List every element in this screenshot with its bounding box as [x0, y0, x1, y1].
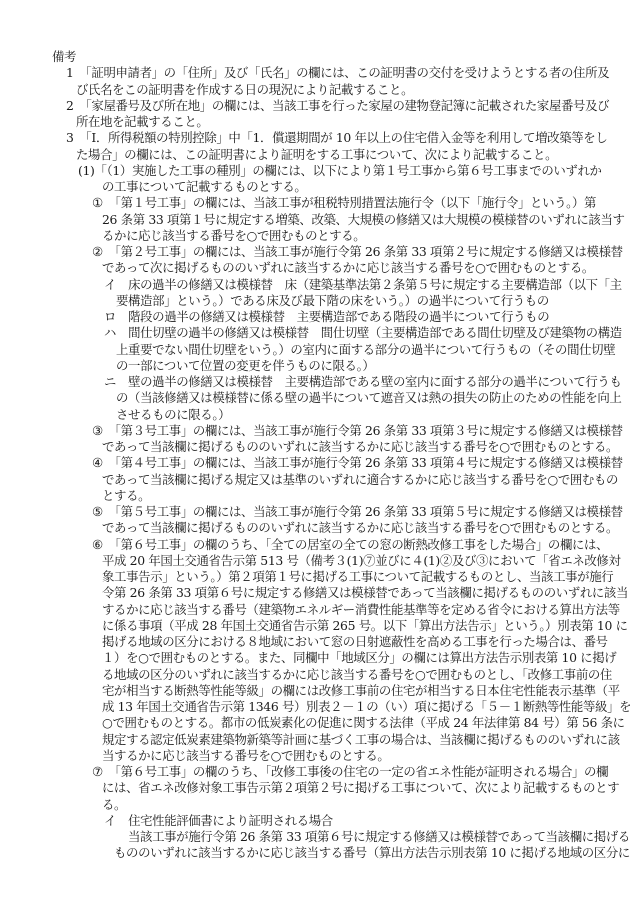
item-marker: ④	[92, 455, 103, 471]
line-text: 「第２号工事」の欄には、当該工事が施行令第 26 条第 33 項第２号に規定する…	[103, 244, 623, 259]
remarks-heading: 備考	[52, 49, 592, 65]
remark-continuation-line: 成 13 年国土交通省告示第 1346 号）別表２－１の（い）項に掲げる「５－１…	[52, 699, 592, 715]
line-text: 要構造部」という。）である床及び最下階の床をいう。）の過半について行うもの	[116, 293, 549, 308]
item-marker: ⑤	[92, 504, 103, 520]
item-marker: ハ	[104, 325, 116, 341]
remark-continuation-line: 令第 26 条第 33 項第６号に規定する修繕又は模様替であって当該欄に掲げるも…	[52, 585, 592, 601]
line-text: る地域の区分のいずれに該当するかに応じ該当する番号を○で囲むものとし、「改修工事…	[102, 667, 612, 682]
line-text: 「第３号工事」の欄には、当該工事が施行令第 26 条第 33 項第３号に規定する…	[103, 423, 623, 438]
item-marker: 1	[66, 65, 74, 81]
line-text: 当該工事が施行令第 26 条第 33 項第６号に規定する修繕又は模様替であって当…	[128, 829, 630, 844]
item-marker: ②	[92, 244, 103, 260]
line-text: 成 13 年国土交通省告示第 1346 号）別表２－１の（い）項に掲げる「５－１…	[102, 699, 630, 714]
remark-continuation-line: た場合」の欄には、この証明書により証明をする工事について、次により記載すること。	[52, 147, 592, 163]
line-text: であって当該欄に掲げる規定又は基準のいずれに適合するかに応じ該当する番号を○で囲…	[102, 472, 618, 487]
line-text: 「第６号工事」の欄のうち、「全ての居室の全ての窓の断熱改修工事をした場合」の欄に…	[103, 537, 608, 552]
line-text: 「第４号工事」の欄には、当該工事が施行令第 26 条第 33 項第４号に規定する…	[103, 455, 623, 470]
line-text: 階段の過半の修繕又は模様替 主要構造部である階段の過半について行うもの	[116, 309, 549, 324]
remark-continuation-line: 26 条第 33 項第１号に規定する増築、改築、大規模の修繕又は大規模の模様替の…	[52, 212, 592, 228]
line-text: 「第６号工事」の欄のうち、「改修工事後の住宅の一定の省エネ性能が証明される場合」…	[103, 764, 608, 779]
remark-continuation-line: １）を○で囲むものとする。また、同欄中「地域区分」の欄には算出方法告示別表第 1…	[52, 650, 592, 666]
line-text: １）を○で囲むものとする。また、同欄中「地域区分」の欄には算出方法告示別表第 1…	[102, 650, 616, 665]
remark-continuation-line: 掲げる地域の区分における８地域において窓の日射遮蔽性を高める工事を行った場合は、…	[52, 634, 592, 650]
item-marker: ①	[92, 195, 103, 211]
line-text: 「家屋番号及び所在地」の欄には、当該工事を行った家屋の建物登記簿に記載された家屋…	[74, 98, 610, 113]
line-text: 「証明申請者」の「住所」及び「氏名」の欄には、この証明書の交付を受けようとする者…	[74, 65, 610, 80]
item-marker: イ	[104, 813, 116, 829]
remark-continuation-line: の（当該修繕又は模様替に係る壁の過半について遮音又は熱の損失の防止のための性能を…	[52, 390, 592, 406]
line-text: の工事について記載するものとする。	[102, 179, 306, 194]
remark-item-line: 3 「Ⅰ．所得税額の特別控除」中「1．償還期間が 10 年以上の住宅借入金等を利…	[52, 130, 592, 146]
remark-continuation-line: であって次に掲げるもののいずれに該当するかに応じ該当する番号を○で囲むものとする…	[52, 260, 592, 276]
remark-item-line: ニ 壁の過半の修繕又は模様替 主要構造部である壁の室内に面する部分の過半について…	[52, 374, 592, 390]
remark-continuation-line: るかに応じ該当する番号を○で囲むものとする。	[52, 228, 592, 244]
item-marker: ロ	[104, 309, 116, 325]
remark-continuation-line: る。	[52, 797, 592, 813]
remark-item-line: 2 「家屋番号及び所在地」の欄には、当該工事を行った家屋の建物登記簿に記載された…	[52, 98, 592, 114]
item-marker: ⑥	[92, 537, 103, 553]
line-text: 当するかに応じ該当する番号を○で囲むものとする。	[102, 748, 389, 763]
line-text: ○で囲むものとする。都市の低炭素化の促進に関する法律（平成 24 年法律第 84…	[102, 715, 625, 730]
remark-continuation-line: び氏名をこの証明書を作成する日の現況により記載すること。	[52, 82, 592, 98]
item-marker: イ	[104, 277, 116, 293]
remark-continuation-line: 規定する認定低炭素建築物新築等計画に基づく工事の場合は、当該欄に掲げるもののいず…	[52, 732, 592, 748]
line-text: もののいずれに該当するかに応じ該当する番号（算出方法告示別表第 10 に掲げる地…	[114, 845, 630, 860]
remark-item-line: ① 「第１号工事」の欄には、当該工事が租税特別措置法施行令（以下「施行令」という…	[52, 195, 592, 211]
line-text: とする。	[102, 488, 150, 503]
line-text: る。	[102, 797, 126, 812]
line-text: 壁の過半の修繕又は模様替 主要構造部である壁の室内に面する部分の過半について行う…	[116, 374, 621, 389]
line-text: 26 条第 33 項第１号に規定する増築、改築、大規模の修繕又は大規模の模様替の…	[102, 212, 625, 227]
item-marker: (1)	[78, 163, 95, 179]
line-text: 上重要でない間仕切壁をいう。）の室内に面する部分の過半について行うもの（その間仕…	[116, 342, 615, 357]
line-text: には、省エネ改修対象工事告示第２項第２号に掲げる工事について、次により記載するも…	[102, 780, 619, 795]
remark-continuation-line: 平成 20 年国土交通省告示第 513 号（備考３(1)⑦並びに４(1)②及び③…	[52, 553, 592, 569]
line-text: 間仕切壁の過半の修繕又は模様替 間仕切壁（主要構造部である間仕切壁及び建築物の構…	[116, 325, 622, 340]
line-text: た場合」の欄には、この証明書により証明をする工事について、次により記載すること。	[76, 147, 557, 162]
line-text: 規定する認定低炭素建築物新築等計画に基づく工事の場合は、当該欄に掲げるもののいず…	[102, 732, 620, 747]
line-text: 所在地を記載すること。	[76, 114, 208, 129]
line-text: 「Ⅰ．所得税額の特別控除」中「1．償還期間が 10 年以上の住宅借入金等を利用し…	[74, 130, 608, 145]
line-text: であって次に掲げるもののいずれに該当するかに応じ該当する番号を○で囲むものとする…	[102, 260, 594, 275]
line-text: 「第１号工事」の欄には、当該工事が租税特別措置法施行令（以下「施行令」という。）…	[103, 195, 596, 210]
remark-continuation-line: させるものに限る。）	[52, 407, 592, 423]
remark-item-line: イ 床の過半の修繕又は模様替 床（建築基準法第２条第５号に規定する主要構造部（以…	[52, 277, 592, 293]
remark-continuation-line: もののいずれに該当するかに応じ該当する番号（算出方法告示別表第 10 に掲げる地…	[52, 845, 592, 861]
remark-continuation-line: に係る事項（平成 28 年国土交通省告示第 265 号。以下「算出方法告示」とい…	[52, 618, 592, 634]
line-text: 「第５号工事」の欄には、当該工事が施行令第 26 条第 33 項第５号に規定する…	[103, 504, 623, 519]
line-text: 令第 26 条第 33 項第６号に規定する修繕又は模様替であって当該欄に掲げるも…	[102, 585, 628, 600]
line-text: であって当該欄に掲げるもののいずれに該当するかに応じ該当する番号を○で囲むものと…	[102, 439, 618, 454]
remark-item-line: ③ 「第３号工事」の欄には、当該工事が施行令第 26 条第 33 項第３号に規定…	[52, 423, 592, 439]
line-text: 平成 20 年国土交通省告示第 513 号（備考３(1)⑦並びに４(1)②及び③…	[102, 553, 621, 568]
item-marker: 3	[66, 130, 74, 146]
line-text: するかに応じ該当する番号（建築物エネルギー消費性能基準等を定める省令における算出…	[102, 602, 620, 617]
remark-item-line: ⑦ 「第６号工事」の欄のうち、「改修工事後の住宅の一定の省エネ性能が証明される場…	[52, 764, 592, 780]
line-text: び氏名をこの証明書を作成する日の現況により記載すること。	[76, 82, 413, 97]
remark-continuation-line: 上重要でない間仕切壁をいう。）の室内に面する部分の過半について行うもの（その間仕…	[52, 342, 592, 358]
remark-item-line: ② 「第２号工事」の欄には、当該工事が施行令第 26 条第 33 項第２号に規定…	[52, 244, 592, 260]
item-marker: ニ	[104, 374, 116, 390]
remark-continuation-line: 当該工事が施行令第 26 条第 33 項第６号に規定する修繕又は模様替であって当…	[52, 829, 592, 845]
line-text: 掲げる地域の区分における８地域において窓の日射遮蔽性を高める工事を行った場合は、…	[102, 634, 608, 649]
line-text: させるものに限る。）	[116, 407, 230, 422]
remarks-body: 1 「証明申請者」の「住所」及び「氏名」の欄には、この証明書の交付を受けようとす…	[52, 65, 592, 861]
remark-continuation-line: 要構造部」という。）である床及び最下階の床をいう。）の過半について行うもの	[52, 293, 592, 309]
remark-continuation-line: には、省エネ改修対象工事告示第２項第２号に掲げる工事について、次により記載するも…	[52, 780, 592, 796]
line-text: の（当該修繕又は模様替に係る壁の過半について遮音又は熱の損失の防止のための性能を…	[116, 390, 621, 405]
remarks-document: 備考 1 「証明申請者」の「住所」及び「氏名」の欄には、この証明書の交付を受けよ…	[52, 49, 592, 862]
line-text: 宅が相当する断熱等性能等級」の欄には改修工事前の住宅が相当する日本住宅性能表示基…	[102, 683, 620, 698]
remark-item-line: (1)「（1）実施した工事の種別」の欄には、以下により第１号工事から第６号工事ま…	[52, 163, 592, 179]
remark-continuation-line: であって当該欄に掲げる規定又は基準のいずれに適合するかに応じ該当する番号を○で囲…	[52, 472, 592, 488]
remark-continuation-line: とする。	[52, 488, 592, 504]
remark-continuation-line: 所在地を記載すること。	[52, 114, 592, 130]
remark-continuation-line: するかに応じ該当する番号（建築物エネルギー消費性能基準等を定める省令における算出…	[52, 602, 592, 618]
remark-continuation-line: 象工事告示」という。）第２項第１号に掲げる工事について記載するものとし、当該工事…	[52, 569, 592, 585]
remark-continuation-line: 宅が相当する断熱等性能等級」の欄には改修工事前の住宅が相当する日本住宅性能表示基…	[52, 683, 592, 699]
remark-item-line: ⑥ 「第６号工事」の欄のうち、「全ての居室の全ての窓の断熱改修工事をした場合」の…	[52, 537, 592, 553]
remark-continuation-line: 当するかに応じ該当する番号を○で囲むものとする。	[52, 748, 592, 764]
remark-item-line: ハ 間仕切壁の過半の修繕又は模様替 間仕切壁（主要構造部である間仕切壁及び建築物…	[52, 325, 592, 341]
remark-item-line: ロ 階段の過半の修繕又は模様替 主要構造部である階段の過半について行うもの	[52, 309, 592, 325]
remark-continuation-line: の工事について記載するものとする。	[52, 179, 592, 195]
line-text: 住宅性能評価書により証明される場合	[116, 813, 333, 828]
remark-item-line: ④ 「第４号工事」の欄には、当該工事が施行令第 26 条第 33 項第４号に規定…	[52, 455, 592, 471]
remark-continuation-line: の一部について位置の変更を伴うものに限る。）	[52, 358, 592, 374]
line-text: 床の過半の修繕又は模様替 床（建築基準法第２条第５号に規定する主要構造部（以下「…	[116, 277, 622, 292]
item-marker: ⑦	[92, 764, 103, 780]
line-text: に係る事項（平成 28 年国土交通省告示第 265 号。以下「算出方法告示」とい…	[102, 618, 628, 633]
line-text: 象工事告示」という。）第２項第１号に掲げる工事について記載するものとし、当該工事…	[102, 569, 613, 584]
line-text: であって当該欄に掲げるもののいずれに該当するかに応じ該当する番号を○で囲むものと…	[102, 520, 618, 535]
item-marker: 2	[66, 98, 74, 114]
remark-item-line: イ 住宅性能評価書により証明される場合	[52, 813, 592, 829]
remark-continuation-line: ○で囲むものとする。都市の低炭素化の促進に関する法律（平成 24 年法律第 84…	[52, 715, 592, 731]
line-text: るかに応じ該当する番号を○で囲むものとする。	[102, 228, 365, 243]
remark-item-line: ⑤ 「第５号工事」の欄には、当該工事が施行令第 26 条第 33 項第５号に規定…	[52, 504, 592, 520]
line-text: 「（1）実施した工事の種別」の欄には、以下により第１号工事から第６号工事までのい…	[95, 163, 602, 178]
item-marker: ③	[92, 423, 103, 439]
remark-continuation-line: であって当該欄に掲げるもののいずれに該当するかに応じ該当する番号を○で囲むものと…	[52, 520, 592, 536]
remark-continuation-line: る地域の区分のいずれに該当するかに応じ該当する番号を○で囲むものとし、「改修工事…	[52, 667, 592, 683]
line-text: の一部について位置の変更を伴うものに限る。）	[116, 358, 374, 373]
remark-item-line: 1 「証明申請者」の「住所」及び「氏名」の欄には、この証明書の交付を受けようとす…	[52, 65, 592, 81]
remark-continuation-line: であって当該欄に掲げるもののいずれに該当するかに応じ該当する番号を○で囲むものと…	[52, 439, 592, 455]
